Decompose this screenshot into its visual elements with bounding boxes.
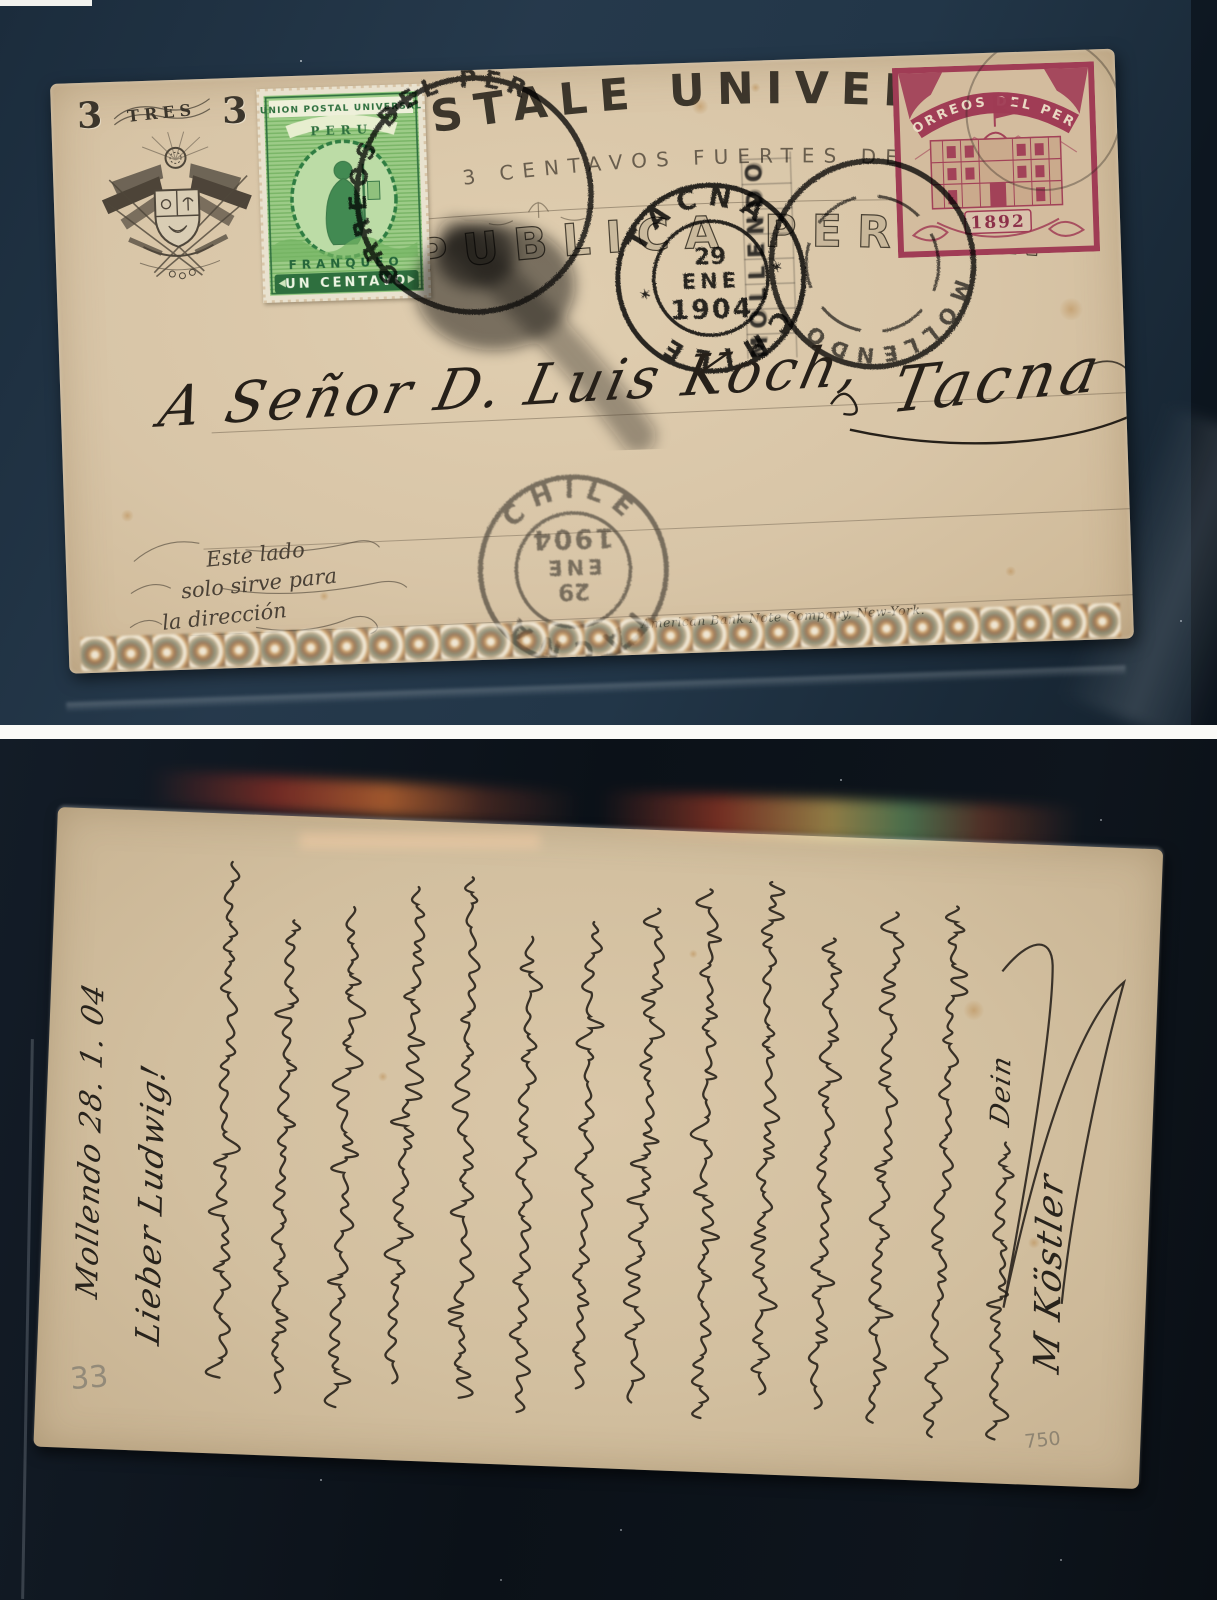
sleeve-edge-glint: [66, 666, 1126, 713]
scan-edge-sliver: [0, 0, 92, 6]
pencil-number-left: 33: [69, 1359, 110, 1397]
address-recipient: A Señor D. Luis Koch,: [148, 333, 870, 441]
front-photo-panel: 3 TRES 3: [0, 0, 1217, 725]
postcard-front: 3 TRES 3: [50, 49, 1134, 674]
message-date-text: Mollendo 28. 1. 04: [70, 979, 111, 1302]
panel-separator: [0, 725, 1217, 739]
pencil-number-right: 750: [1023, 1427, 1061, 1453]
instruction-block: Este lado solo sirve para la dirección: [157, 530, 430, 629]
listing-photo-collage: 3 TRES 3: [0, 0, 1217, 1600]
back-photo-panel: Mollendo 28. 1. 04 Lieber Ludwig! Dein: [0, 739, 1217, 1600]
sleeve-fold-line: [21, 1039, 34, 1599]
dust-specks: [300, 60, 302, 62]
address-town: Tacna: [886, 332, 1110, 428]
message-body-squiggles: [183, 829, 985, 1439]
signature-paraph: [958, 908, 1155, 1355]
message-salutation-text: Lieber Ludwig!: [128, 1060, 172, 1349]
postcard-back: Mollendo 28. 1. 04 Lieber Ludwig! Dein: [33, 807, 1163, 1489]
